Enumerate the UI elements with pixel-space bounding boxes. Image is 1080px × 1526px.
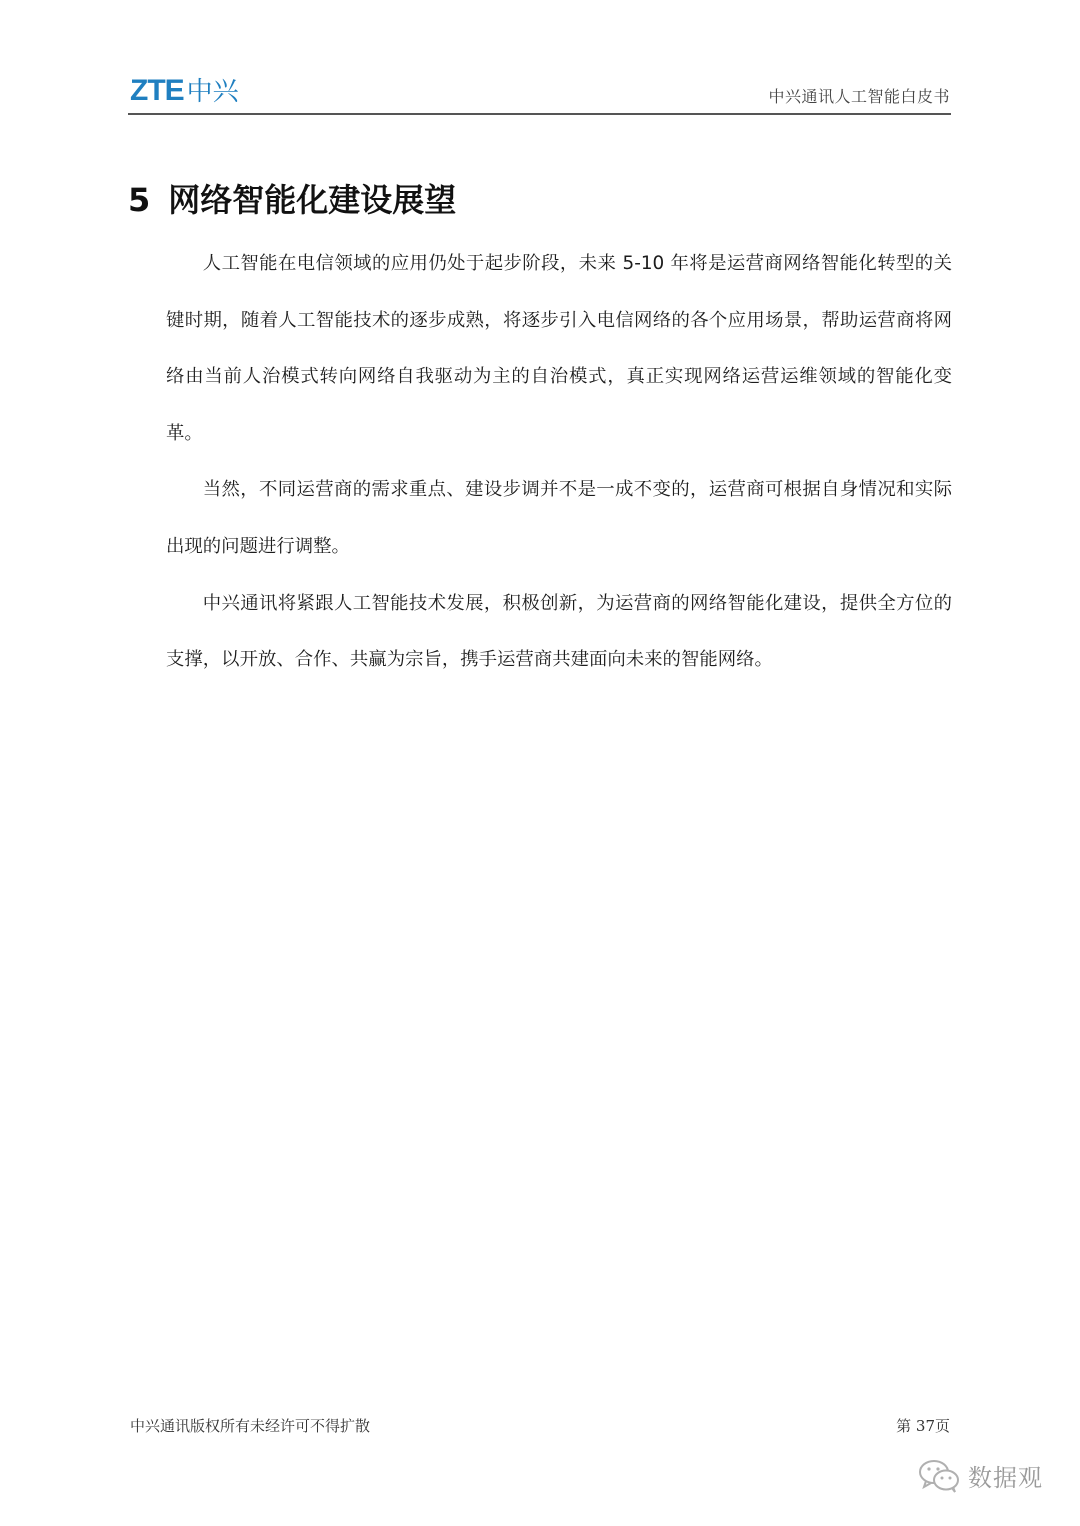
document-title: 中兴通讯人工智能白皮书 (768, 84, 950, 107)
chapter-number: 5 (128, 178, 150, 222)
chapter-title: 网络智能化建设展望 (168, 178, 456, 222)
zte-logo: ZTE 中兴 (130, 74, 239, 108)
chapter-heading: 5 网络智能化建设展望 (128, 178, 456, 222)
watermark-text: 数据观 (968, 1458, 1043, 1493)
footer-copyright: 中兴通讯版权所有未经许可不得扩散 (130, 1415, 370, 1436)
wechat-icon (918, 1459, 962, 1493)
logo-chinese: 中兴 (187, 74, 239, 108)
body-text: 人工智能在电信领域的应用仍处于起步阶段，未来 5-10 年将是运营商网络智能化转… (166, 236, 952, 689)
paragraph: 当然，不同运营商的需求重点、建设步调并不是一成不变的，运营商可根据自身情况和实际… (166, 462, 952, 575)
logo-latin: ZTE (130, 74, 184, 108)
paragraph: 中兴通讯将紧跟人工智能技术发展，积极创新，为运营商的网络智能化建设，提供全方位的… (166, 576, 952, 689)
header-divider (128, 113, 951, 115)
watermark: 数据观 (918, 1458, 1043, 1493)
paragraph: 人工智能在电信领域的应用仍处于起步阶段，未来 5-10 年将是运营商网络智能化转… (166, 236, 952, 462)
page-number: 第 37页 (896, 1415, 950, 1436)
